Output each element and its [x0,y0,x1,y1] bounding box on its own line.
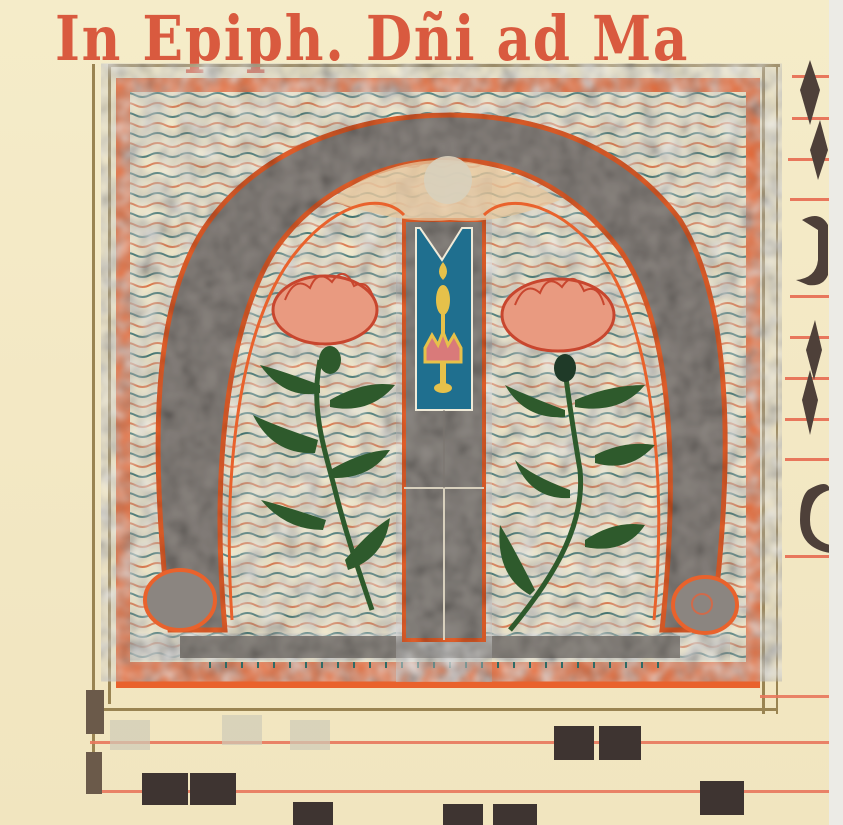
square-neume [554,726,594,760]
show-through-neume [110,720,150,750]
square-neume [443,804,483,825]
square-neume [293,802,333,825]
margin-notation [780,50,830,750]
show-through-neume [290,720,330,750]
square-neume [599,726,641,760]
clef-mark [86,690,104,734]
decorated-initial-m [0,0,843,825]
staff-line-3 [760,695,830,698]
square-neume [700,781,744,815]
square-neume [142,773,188,805]
show-through-neume [222,715,262,745]
staff-line-1 [90,741,830,744]
manuscript-leaf: In Epiph. Dñi ad Ma [0,0,843,825]
clef-mark-lower [86,752,102,794]
square-neume [493,804,537,825]
square-neume [190,773,236,805]
leaf-edge [829,0,843,825]
